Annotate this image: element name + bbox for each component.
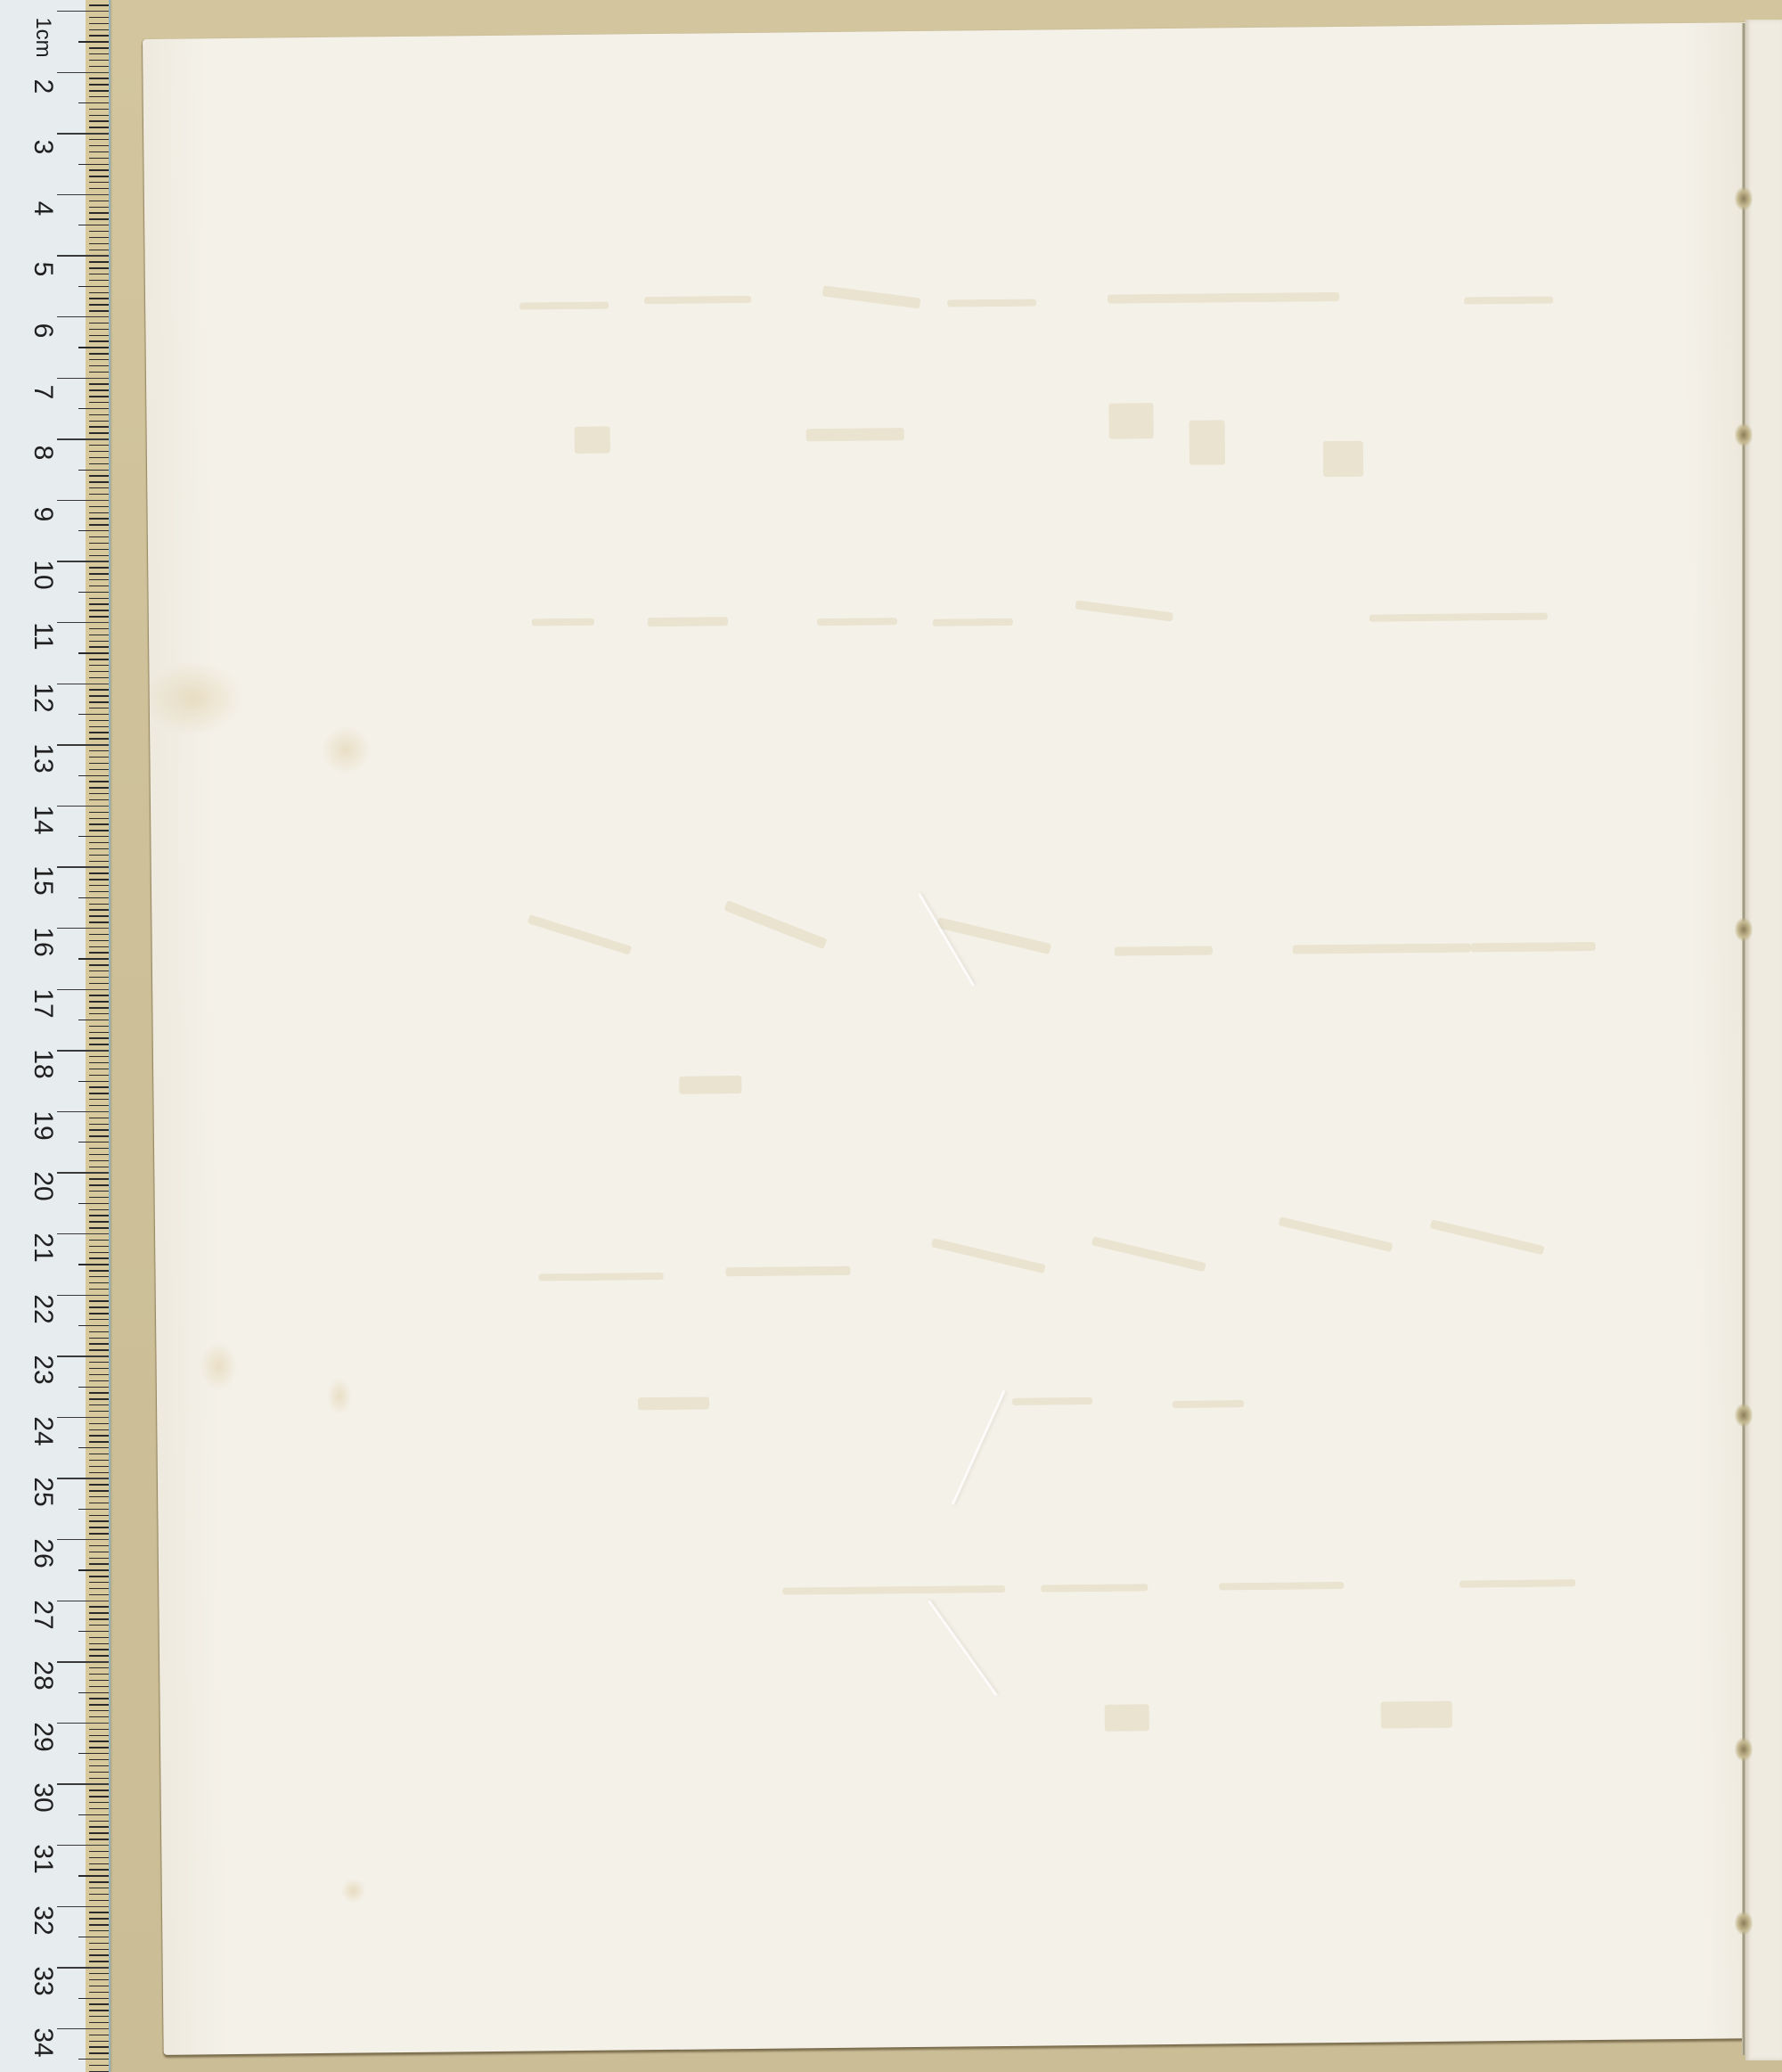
ruler-tick <box>89 1826 109 1827</box>
ruler-tick <box>89 1863 109 1864</box>
ruler-tick <box>78 897 109 898</box>
ruler-tick <box>89 738 109 739</box>
ruler-tick <box>57 744 109 745</box>
ruler-tick <box>89 1851 109 1852</box>
show-through-mark <box>644 296 751 304</box>
ruler-tick <box>89 1503 109 1503</box>
ruler-tick <box>89 396 109 397</box>
ruler-tick <box>78 775 109 776</box>
ruler-tick <box>89 475 109 476</box>
ruler-tick <box>89 47 109 48</box>
ruler-tick <box>89 2010 109 2011</box>
ruler-edge <box>109 0 110 2072</box>
ruler-tick <box>89 1331 109 1332</box>
ruler-tick <box>89 1319 109 1320</box>
ruler-tick <box>89 353 109 354</box>
ruler-tick <box>89 1423 109 1424</box>
measurement-ruler: 1cm2345678910111213141516171819202122232… <box>0 0 110 2072</box>
ruler-tick <box>57 1417 109 1418</box>
ruler-tick <box>89 1075 109 1076</box>
ruler-tick <box>89 426 109 427</box>
ruler-tick <box>89 970 109 971</box>
ruler-tick <box>78 1631 109 1632</box>
ruler-tick <box>57 622 109 623</box>
ruler-tick <box>89 872 109 873</box>
ruler-tick <box>89 274 109 274</box>
ruler-cm-label: 1cm <box>30 6 55 69</box>
ruler-tick <box>89 1429 109 1430</box>
ruler-tick <box>89 579 109 580</box>
ruler-tick <box>89 1520 109 1521</box>
ruler-tick <box>89 1839 109 1839</box>
ruler-tick <box>89 372 109 373</box>
ruler-cm-label: 19 <box>30 1108 55 1143</box>
ruler-tick <box>57 11 109 12</box>
ruler-tick <box>89 1563 109 1564</box>
ruler-tick <box>89 1729 109 1730</box>
show-through-mark <box>947 299 1036 307</box>
ruler-cm-label: 26 <box>30 1536 55 1571</box>
ruler-tick <box>89 451 109 452</box>
ruler-tick <box>89 641 109 642</box>
ruler-tick <box>89 1118 109 1118</box>
document-page <box>143 22 1768 2055</box>
ruler-tick <box>89 2035 109 2035</box>
ruler-tick <box>89 292 109 293</box>
ruler-tick <box>57 928 109 929</box>
ruler-tick <box>89 1282 109 1283</box>
ruler-tick <box>89 1306 109 1307</box>
ruler-tick <box>89 536 109 537</box>
ruler-tick <box>57 2028 109 2029</box>
ruler-tick <box>89 421 109 422</box>
ruler-tick <box>89 1888 109 1888</box>
ruler-tick <box>89 1276 109 1277</box>
ruler-tick <box>89 207 109 208</box>
ruler-tick <box>89 921 109 922</box>
ruler-tick <box>89 689 109 690</box>
ruler-tick <box>89 201 109 201</box>
ruler-cm-label: 24 <box>30 1413 55 1449</box>
ruler-cm-label: 29 <box>30 1719 55 1755</box>
ruler-tick <box>78 1875 109 1876</box>
ruler-tick <box>89 750 109 751</box>
ruler-tick <box>89 127 109 127</box>
ruler-tick <box>89 66 109 67</box>
ruler-tick <box>89 1093 109 1093</box>
ruler-tick <box>89 769 109 770</box>
ruler-tick <box>89 799 109 800</box>
ruler-tick <box>89 1484 109 1485</box>
ruler-tick <box>57 316 109 317</box>
ruler-tick <box>89 1007 109 1008</box>
ruler-tick <box>78 2059 109 2060</box>
ruler-tick <box>89 1343 109 1344</box>
ruler-cm-label: 11 <box>30 618 55 654</box>
ruler-tick <box>89 1606 109 1607</box>
ruler-tick <box>89 757 109 758</box>
ruler-tick <box>89 1411 109 1412</box>
ruler-tick <box>89 1649 109 1650</box>
ruler-tick <box>89 1148 109 1149</box>
ruler-tick <box>89 1625 109 1626</box>
ruler-tick <box>89 1496 109 1497</box>
ruler-tick <box>57 1539 109 1540</box>
ruler-cm-label: 21 <box>30 1230 55 1265</box>
ruler-tick <box>78 1081 109 1082</box>
foxing-stains <box>143 22 1768 2055</box>
ruler-cm-label: 23 <box>30 1352 55 1388</box>
stitch-hole <box>1735 423 1753 446</box>
ruler-tick <box>89 1044 109 1044</box>
ruler-tick <box>57 133 109 134</box>
ruler-tick <box>89 848 109 849</box>
ruler-cm-label: 10 <box>30 557 55 593</box>
ruler-cm-label: 15 <box>30 863 55 898</box>
ruler-tick <box>57 1601 109 1601</box>
ruler-tick <box>78 286 109 287</box>
ruler-tick <box>89 1368 109 1369</box>
ruler-tick <box>57 989 109 990</box>
ruler-tick <box>89 115 109 116</box>
ruler-tick <box>89 861 109 862</box>
ruler-cm-label: 6 <box>30 313 55 348</box>
show-through-mark <box>1381 1701 1452 1729</box>
ruler-tick <box>89 1637 109 1638</box>
ruler-tick <box>89 555 109 556</box>
ruler-tick <box>57 806 109 807</box>
ruler-tick <box>78 347 109 348</box>
ruler-tick <box>89 512 109 513</box>
ruler-tick <box>89 329 109 330</box>
ruler-tick <box>57 1295 109 1296</box>
ruler-tick <box>89 188 109 189</box>
ruler-tick <box>78 652 109 653</box>
ruler-cm-label: 22 <box>30 1291 55 1327</box>
ruler-brand-text <box>0 134 23 250</box>
ruler-tick <box>89 1289 109 1290</box>
ruler-tick <box>89 506 109 507</box>
ruler-cm-label: 5 <box>30 251 55 287</box>
ruler-tick <box>78 102 109 103</box>
ruler-tick <box>89 212 109 213</box>
ruler-tick <box>89 830 109 831</box>
ruler-tick <box>89 904 109 905</box>
ruler-tick <box>89 96 109 97</box>
ruler-tick <box>89 1300 109 1301</box>
ruler-cm-label: 28 <box>30 1658 55 1693</box>
ruler-tick <box>89 610 109 610</box>
ruler-tick <box>89 1037 109 1038</box>
ruler-tick <box>89 1135 109 1136</box>
ruler-tick <box>89 787 109 788</box>
ruler-tick <box>89 1778 109 1779</box>
ruler-tick <box>89 823 109 824</box>
ruler-tick <box>89 720 109 721</box>
ruler-tick <box>89 139 109 140</box>
ruler-tick <box>89 1894 109 1895</box>
ruler-tick <box>89 567 109 568</box>
ruler-tick <box>89 603 109 604</box>
ruler-cm-label: 14 <box>30 802 55 838</box>
ruler-tick <box>89 977 109 978</box>
ruler-tick <box>57 1050 109 1051</box>
ruler-tick <box>89 1943 109 1944</box>
ruler-tick <box>89 1667 109 1668</box>
ruler-tick <box>89 763 109 764</box>
ruler-tick <box>89 243 109 244</box>
show-through-mark <box>648 617 728 627</box>
ruler-tick <box>89 298 109 299</box>
show-through-mark <box>933 618 1013 627</box>
show-through-mark <box>519 302 609 310</box>
ruler-tick <box>89 646 109 647</box>
ruler-tick <box>78 530 109 531</box>
ruler-tick <box>89 267 109 268</box>
ruler-tick <box>57 1233 109 1234</box>
ruler-tick <box>89 402 109 403</box>
ruler-tick <box>89 445 109 446</box>
ruler-tick <box>89 1765 109 1766</box>
ruler-tick <box>89 915 109 916</box>
ruler-tick <box>89 1124 109 1125</box>
ruler-tick <box>89 983 109 984</box>
ruler-tick <box>89 2003 109 2004</box>
ruler-tick <box>89 310 109 311</box>
ruler-tick <box>89 1618 109 1619</box>
ruler-tick <box>89 304 109 305</box>
ruler-tick <box>57 1845 109 1846</box>
ruler-tick <box>89 1954 109 1955</box>
ruler-tick <box>89 35 109 36</box>
ruler-tick <box>78 41 109 42</box>
ruler-tick <box>89 635 109 635</box>
ruler-tick <box>89 1808 109 1809</box>
ruler-tick <box>89 169 109 170</box>
ruler-tick <box>89 1240 109 1241</box>
ruler-tick <box>78 1998 109 1999</box>
ruler-tick <box>89 53 109 54</box>
ruler-cm-label: 17 <box>30 986 55 1021</box>
ruler-tick <box>89 432 109 433</box>
ruler-tick <box>89 1099 109 1100</box>
ruler-tick <box>89 2065 109 2066</box>
ruler-tick <box>89 812 109 813</box>
stitch-hole <box>1735 1912 1753 1935</box>
show-through-mark <box>1115 946 1213 955</box>
ruler-tick <box>89 518 109 519</box>
ruler-tick <box>89 280 109 281</box>
ruler-tick <box>89 158 109 159</box>
ruler-tick <box>78 958 109 959</box>
ruler-tick <box>89 891 109 892</box>
ruler-tick <box>89 1912 109 1912</box>
ruler-tick <box>78 1203 109 1204</box>
ruler-tick <box>89 1105 109 1106</box>
ruler-tick <box>89 1178 109 1179</box>
ruler-tick <box>89 1398 109 1399</box>
ruler-tick <box>89 237 109 238</box>
ruler-tick <box>89 1086 109 1087</box>
ruler-tick <box>78 1753 109 1754</box>
ruler-tick <box>57 684 109 684</box>
ruler-tick <box>89 1454 109 1454</box>
show-through-mark <box>1323 441 1363 477</box>
ruler-tick <box>89 2041 109 2042</box>
ruler-tick <box>89 524 109 525</box>
show-through-mark <box>1105 1704 1149 1732</box>
ruler-tick <box>89 340 109 341</box>
ruler-tick <box>89 1062 109 1063</box>
ruler-tick <box>89 1686 109 1687</box>
ruler-tick <box>89 1643 109 1644</box>
ruler-tick <box>89 182 109 183</box>
ruler-tick <box>89 335 109 336</box>
ruler-cm-label: 9 <box>30 496 55 532</box>
ruler-tick <box>57 1478 109 1478</box>
ruler-tick <box>89 1167 109 1167</box>
show-through-mark <box>679 1076 741 1094</box>
ruler-tick <box>89 995 109 995</box>
ruler-tick <box>89 1209 109 1210</box>
ruler-tick <box>89 109 109 110</box>
ruler-cm-label: 8 <box>30 435 55 471</box>
ruler-tick <box>89 1129 109 1130</box>
ruler-tick <box>89 2046 109 2047</box>
ruler-tick <box>89 218 109 219</box>
ruler-tick <box>89 176 109 176</box>
ruler-tick <box>89 855 109 856</box>
ruler-tick <box>89 120 109 121</box>
stitch-hole <box>1735 1404 1753 1427</box>
ruler-tick <box>78 1020 109 1020</box>
ruler-cm-label: 25 <box>30 1474 55 1510</box>
show-through-mark <box>806 428 904 441</box>
ruler-tick <box>57 561 109 561</box>
show-through-mark <box>817 618 897 626</box>
ruler-cm-label: 31 <box>30 1841 55 1877</box>
ruler-tick <box>89 879 109 880</box>
show-through-mark <box>1293 943 1471 954</box>
ruler-tick <box>89 701 109 702</box>
ruler-tick <box>89 885 109 886</box>
ruler-tick <box>89 1160 109 1161</box>
ruler-cm-label: 16 <box>30 924 55 960</box>
ruler-tick <box>89 1796 109 1797</box>
ruler-tick <box>57 255 109 256</box>
ruler-tick <box>78 225 109 225</box>
ruler-tick <box>89 1527 109 1527</box>
ruler-tick <box>57 500 109 501</box>
ruler-tick <box>89 1979 109 1980</box>
ruler-tick <box>78 470 109 471</box>
ruler-tick <box>89 586 109 586</box>
ruler-tick <box>89 964 109 965</box>
ruler-tick <box>89 1716 109 1717</box>
ruler-tick <box>89 1747 109 1748</box>
ruler-tick <box>78 1814 109 1815</box>
stitch-hole <box>1735 1738 1753 1761</box>
ruler-tick <box>89 1435 109 1436</box>
show-through-mark <box>638 1396 709 1410</box>
ruler-cm-label: 4 <box>30 191 55 226</box>
ruler-tick <box>89 1252 109 1253</box>
ruler-tick <box>89 2052 109 2053</box>
ruler-tick <box>89 1056 109 1057</box>
ruler-tick <box>89 940 109 941</box>
ruler-tick <box>89 726 109 727</box>
ruler-tick <box>57 378 109 379</box>
ruler-tick <box>89 1710 109 1711</box>
show-through-mark <box>1041 1584 1148 1592</box>
ruler-tick <box>89 323 109 323</box>
ruler-tick <box>89 1832 109 1833</box>
ruler-tick <box>89 1460 109 1461</box>
ruler-tick <box>89 1594 109 1595</box>
ruler-tick <box>89 1362 109 1363</box>
ruler-tick <box>89 17 109 18</box>
ruler-tick <box>89 1246 109 1247</box>
ruler-tick <box>89 4 109 5</box>
ruler-tick <box>89 1924 109 1925</box>
show-through-mark <box>532 618 594 627</box>
ruler-tick <box>89 383 109 384</box>
ruler-tick <box>89 261 109 262</box>
ruler-tick <box>78 1387 109 1388</box>
ruler-tick <box>89 695 109 696</box>
ruler-tick <box>89 781 109 782</box>
ruler-tick <box>89 1191 109 1192</box>
ruler-tick <box>89 1655 109 1656</box>
ruler-tick <box>89 494 109 495</box>
ruler-cm-label: 12 <box>30 680 55 716</box>
show-through-mark <box>575 427 610 454</box>
ruler-tick <box>89 145 109 146</box>
ruler-tick <box>89 952 109 953</box>
ruler-tick <box>78 1142 109 1142</box>
ruler-tick <box>89 1197 109 1198</box>
ruler-tick <box>89 1992 109 1993</box>
ruler-tick <box>57 1967 109 1968</box>
ruler-tick <box>89 616 109 617</box>
ruler-tick <box>78 164 109 165</box>
ruler-tick <box>89 481 109 482</box>
ruler-tick <box>89 573 109 574</box>
ruler-tick <box>89 665 109 666</box>
ruler-tick <box>89 549 109 550</box>
ruler-tick <box>78 592 109 593</box>
ruler-tick <box>78 1937 109 1937</box>
ruler-tick <box>57 1111 109 1112</box>
ruler-tick <box>89 671 109 672</box>
ruler-tick <box>89 1374 109 1375</box>
ruler-tick <box>89 1704 109 1705</box>
ruler-tick <box>89 793 109 794</box>
ruler-tick <box>89 1772 109 1773</box>
ruler-tick <box>89 1802 109 1803</box>
ruler-cm-label: 33 <box>30 1963 55 1999</box>
ruler-tick <box>89 359 109 360</box>
ruler-tick <box>89 1973 109 1974</box>
ruler-tick <box>57 1172 109 1173</box>
ruler-tick <box>89 1392 109 1393</box>
show-through-mark <box>1219 1582 1344 1590</box>
ruler-cm-label: 34 <box>30 2025 55 2060</box>
ruler-tick <box>89 1154 109 1155</box>
ruler-tick <box>89 1349 109 1350</box>
ruler-tick <box>89 1545 109 1546</box>
ruler-tick <box>89 29 109 30</box>
